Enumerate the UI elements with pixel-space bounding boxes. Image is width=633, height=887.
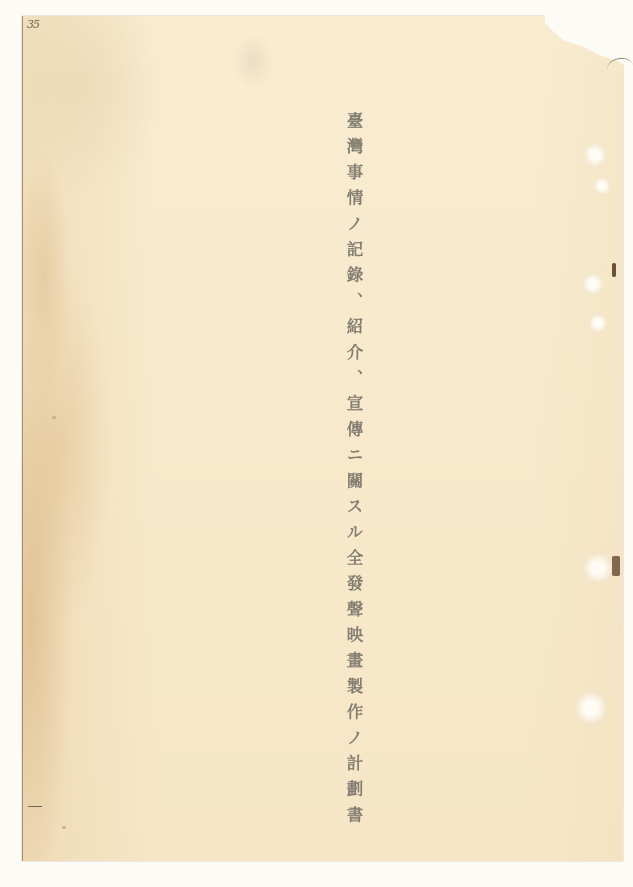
rust-mark — [612, 263, 616, 277]
pencil-mark — [28, 806, 42, 807]
binding-hole — [583, 272, 603, 296]
binding-hole — [583, 553, 613, 583]
rust-mark — [612, 556, 620, 576]
document-title: 臺灣事情ノ記錄、紹介、宣傳ニ關スル全發聲映畫製作ノ計劃書 — [338, 112, 368, 832]
binding-hole — [594, 176, 610, 196]
folio-number: 35 — [27, 18, 39, 31]
binding-hole — [590, 312, 606, 334]
binding-hole — [584, 142, 606, 168]
scan-canvas: 35 臺灣事情ノ記錄、紹介、宣傳ニ關スル全發聲映畫製作ノ計劃書 — [0, 0, 633, 887]
stain-spot — [52, 416, 56, 419]
stain-spot — [62, 826, 66, 829]
binding-hole — [576, 690, 606, 726]
document-page — [22, 16, 623, 861]
